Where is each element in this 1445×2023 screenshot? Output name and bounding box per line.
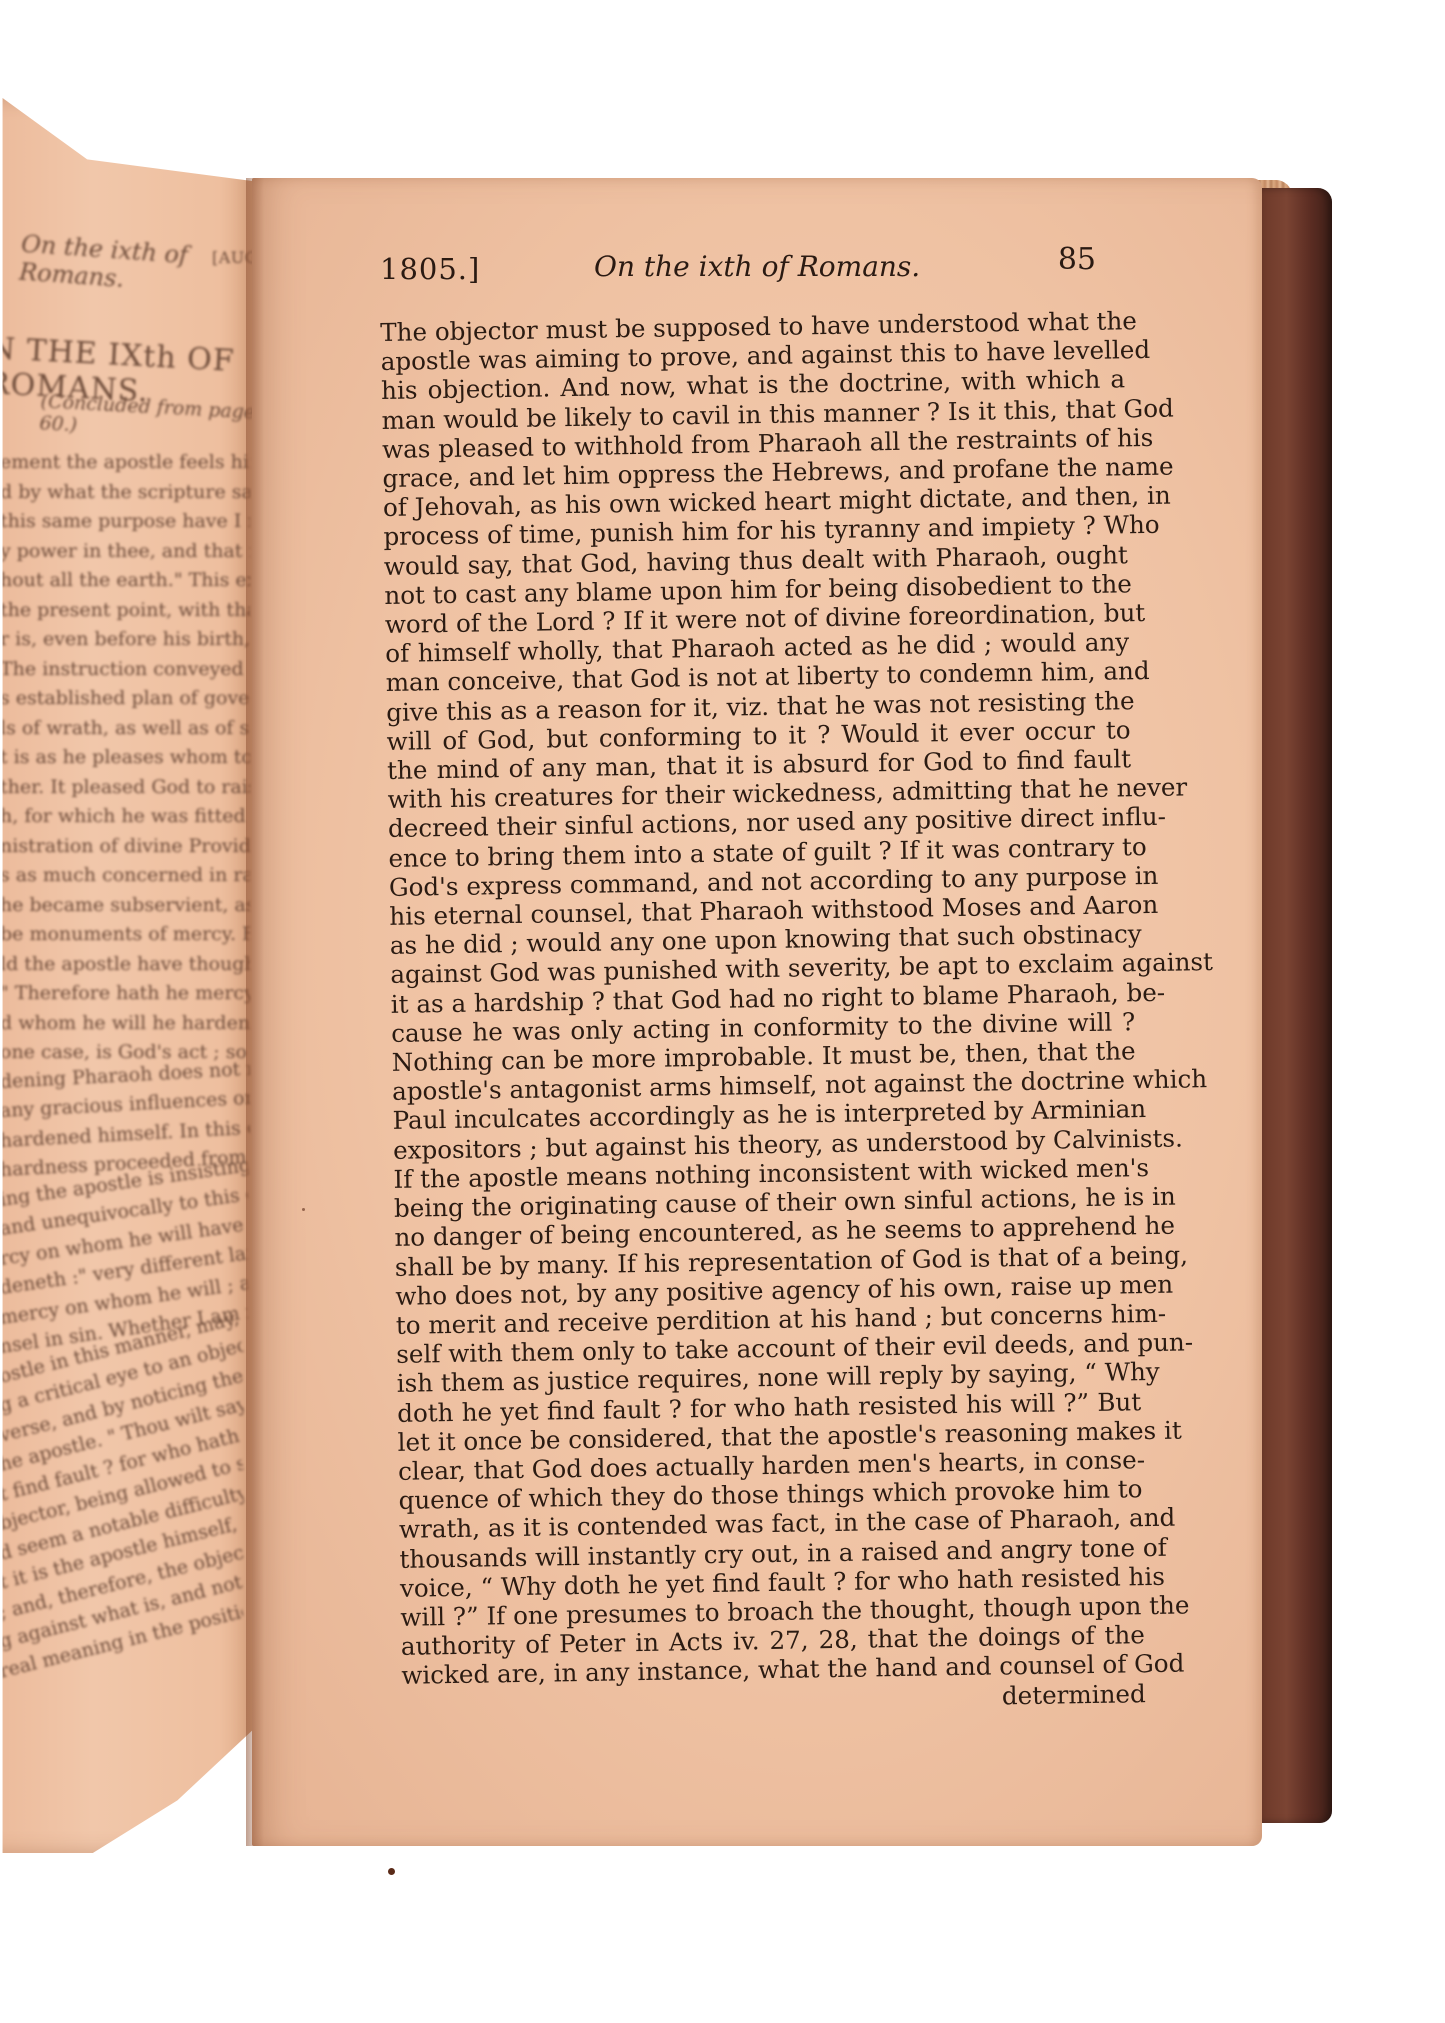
left-line: The instruction conveyed by them is, th: [0, 655, 250, 685]
page-header: 1805.] On the ixth of Romans. 85: [380, 246, 1096, 296]
left-line: y power in thee, and that my name might …: [0, 537, 250, 567]
left-line: this same purpose have I raised thee up,…: [0, 507, 250, 537]
gutter-shadow: [246, 178, 264, 1846]
left-line: ld the apostle have thought of drawing t…: [0, 950, 250, 980]
leather-cover: [1262, 188, 1332, 1823]
left-line: ther. It pleased God to raise up Pharaoh: [0, 773, 250, 803]
left-line: s as much concerned in raising Pharaoh f…: [0, 861, 250, 891]
left-line: t is as he pleases whom to ordain to the…: [0, 743, 250, 773]
left-page-content: On the ixth of Romans. [AUGUST, N THE IX…: [0, 98, 262, 1853]
left-line: h, for which he was fitted under the wil…: [0, 802, 250, 832]
left-page-body: ement the apostle feels himself fully ju…: [0, 448, 250, 1687]
left-line: s established plan of government, has ne…: [0, 684, 250, 714]
left-line: nistration of divine Providence. The sov…: [0, 832, 250, 862]
book-photo: On the ixth of Romans. [AUGUST, N THE IX…: [0, 0, 1445, 2023]
left-page: On the ixth of Romans. [AUGUST, N THE IX…: [0, 98, 262, 1853]
foxing-spot: [302, 1208, 305, 1211]
left-line: ls of wrath, as well as of some to be ve…: [0, 714, 250, 744]
running-title: On the ixth of Romans.: [594, 250, 920, 283]
left-line: the present point, with that in the 13th…: [0, 596, 250, 626]
right-page: 1805.] On the ixth of Romans. 85 The obj…: [252, 178, 1262, 1846]
left-line: r is, even before his birth, destined to…: [0, 625, 250, 655]
left-line: d whom he will he hardeneth." As show: [0, 1009, 250, 1039]
left-line: " Therefore hath he mercy on whom he w: [0, 979, 250, 1009]
page-body: The objector must be supposed to have un…: [380, 306, 1146, 1719]
foxing-spot: [388, 1868, 395, 1875]
left-line: be monuments of mercy. From no other: [0, 920, 250, 950]
header-year: 1805.]: [380, 252, 480, 286]
left-line: ement the apostle feels himself fully ju…: [0, 448, 250, 478]
left-line: he became subservient, as it is in raisi…: [0, 891, 250, 921]
left-line: hout all the earth." This example is of …: [0, 566, 250, 596]
left-line: d by what the scripture saith unto Phara…: [0, 478, 250, 508]
page-number: 85: [1058, 242, 1096, 277]
